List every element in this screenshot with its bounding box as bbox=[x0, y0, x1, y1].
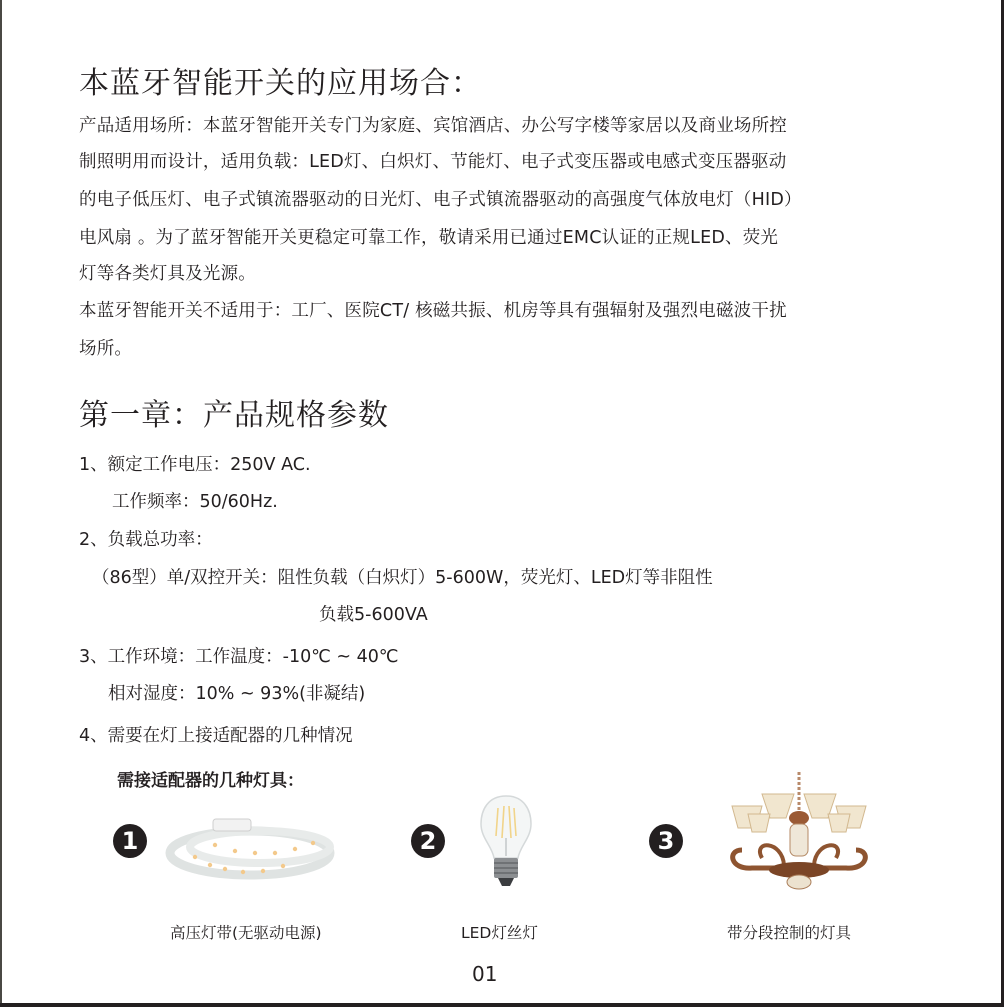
paragraph-line: 本蓝牙智能开关不适用于：工厂、医院CT/ 核磁共振、机房等具有强辐射及强烈电磁波… bbox=[79, 299, 787, 323]
chapter-title: 第一章：产品规格参数 bbox=[79, 390, 389, 434]
page-border-bottom bbox=[0, 1003, 1004, 1007]
paragraph-line: 制照明用而设计，适用负载：LED灯、白炽灯、节能灯、电子式变压器或电感式变压器驱… bbox=[79, 150, 786, 174]
spec-total-power: 2、负载总功率： bbox=[79, 528, 213, 552]
paragraph-line: 电风扇 。为了蓝牙智能开关更稳定可靠工作，敬请采用已通过EMC认证的正规LED、… bbox=[79, 226, 778, 250]
paragraph-line: 灯等各类灯具及光源。 bbox=[79, 262, 256, 286]
spec-adapter-cases: 4、需要在灯上接适配器的几种情况 bbox=[79, 724, 353, 748]
chandelier-image bbox=[722, 770, 876, 900]
spec-humidity: 相对湿度：10% ~ 93%(非凝结) bbox=[108, 682, 365, 706]
spec-environment: 3、工作环境：工作温度：-10℃ ~ 40℃ bbox=[79, 645, 399, 669]
page-border-left bbox=[0, 0, 2, 1007]
section-title-applications: 本蓝牙智能开关的应用场合： bbox=[79, 58, 482, 102]
spec-frequency: 工作频率：50/60Hz. bbox=[112, 490, 278, 514]
adapter-subheading: 需接适配器的几种灯具： bbox=[117, 766, 304, 791]
lamp-caption-3: 带分段控制的灯具 bbox=[727, 921, 851, 943]
spec-switch-load: （86型）单/双控开关：阻性负载（白炽灯）5-600W，荧光灯、LED灯等非阻性 bbox=[92, 566, 713, 590]
number-badge-3: 3 bbox=[649, 824, 683, 858]
lamp-caption-1: 高压灯带(无驱动电源) bbox=[170, 921, 322, 943]
spec-switch-load-cont: 负载5-600VA bbox=[319, 603, 428, 627]
number-badge-1: 1 bbox=[113, 824, 147, 858]
paragraph-line: 场所。 bbox=[79, 337, 132, 361]
paragraph-line: 产品适用场所：本蓝牙智能开关专门为家庭、宾馆酒店、办公写字楼等家居以及商业场所控 bbox=[79, 114, 787, 138]
page-number: 01 bbox=[472, 962, 497, 986]
number-badge-2: 2 bbox=[411, 824, 445, 858]
paragraph-line: 的电子低压灯、电子式镇流器驱动的日光灯、电子式镇流器驱动的高强度气体放电灯（HI… bbox=[79, 188, 802, 212]
led-strip-image bbox=[165, 815, 335, 885]
lamp-caption-2: LED灯丝灯 bbox=[461, 921, 538, 943]
spec-voltage: 1、额定工作电压：250V AC. bbox=[79, 453, 311, 477]
filament-bulb-image bbox=[478, 792, 534, 892]
